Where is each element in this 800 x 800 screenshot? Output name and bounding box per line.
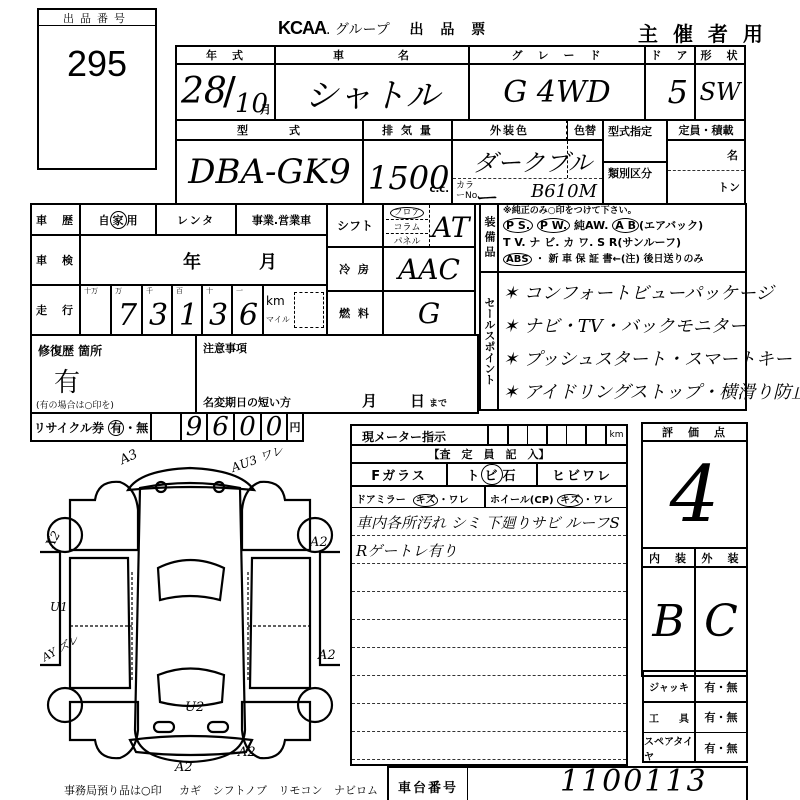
recycle-digit [151, 413, 181, 441]
year-value: 28 [181, 71, 227, 112]
month-unit: 月 [260, 101, 271, 117]
shift-value: AT [432, 211, 469, 244]
displacement-unit: c.c. [430, 184, 449, 195]
color-no-label: カラーNo. [456, 181, 480, 201]
equipment-label: 装備品 [480, 204, 498, 272]
glass-label: Fガラス [351, 463, 447, 486]
meter-digit-box[interactable] [508, 425, 528, 445]
notes-cell: 注意事項 名変期日の短い方 月 日 まで [196, 335, 478, 413]
inspection-label: 車 検 [31, 235, 80, 285]
repair-value: 有 [54, 362, 80, 399]
office-item-navi-rom[interactable]: ナビロム [334, 784, 378, 797]
history-option-private[interactable]: 自家用 [80, 204, 156, 235]
sales-points-label: セールスポイント [480, 272, 498, 410]
mileage-place-label: 一 [236, 286, 243, 296]
deadline-month-unit: 月 [362, 390, 377, 411]
mileage-digit-cell: 万7 [111, 285, 142, 335]
body-label: 形 状 [695, 46, 745, 64]
comment-text: 車内各所汚れ シミ 下廻りサビ ルーフS [356, 512, 620, 533]
repair-note: (有の場合は○印を) [36, 398, 114, 411]
shift-option-column[interactable]: コラム [386, 219, 428, 233]
grade-label: グ レ ー ド [469, 46, 645, 64]
mileage-digit: 3 [149, 298, 168, 333]
recycle-options[interactable]: 有・無 [108, 419, 148, 436]
sales-point-item: ✶ ナビ・TV・バックモニター [503, 310, 741, 343]
accessory-label: ジャッキ [643, 671, 695, 702]
title-suffix: . グループ [326, 22, 390, 38]
recycle-unit: 円 [287, 413, 303, 441]
mark-left-side: U1 [50, 600, 68, 614]
name-label: 車 名 [275, 46, 469, 64]
shift-cell: フロア コラム パネル AT [383, 204, 475, 247]
meter-digit-box[interactable] [586, 425, 606, 445]
wheel-cell[interactable]: ホイール(CP) キズ・ワレ [485, 486, 627, 508]
comment-line[interactable] [352, 676, 626, 704]
mileage-label: 走 行 [31, 285, 80, 335]
shift-label: シフト [327, 204, 383, 247]
mark-hood: U2 [185, 700, 204, 715]
year-slash: / [223, 69, 236, 113]
inspector-section-label: 【査 定 員 記 入】 [351, 445, 627, 463]
sales-point-item: ✶ プッシュスタート・スマートキー [503, 343, 741, 376]
meter-label: 現メーター指示 [351, 425, 488, 445]
shift-option-panel[interactable]: パネル [386, 233, 428, 247]
comment-line[interactable]: Rゲートレ有り [352, 536, 626, 564]
inspection-cell: 年 月 [80, 235, 327, 285]
glass-options[interactable]: ト ビ 石 [447, 463, 537, 486]
comment-line[interactable] [352, 648, 626, 676]
color-change-divider [567, 141, 568, 178]
sheet-title-text: 出 品 票 [410, 22, 492, 38]
accessory-label: スペアタイヤ [643, 732, 695, 763]
equipment-line-3[interactable]: ABS ・ 新 車 保 証 書←(注) 後日送りのみ [503, 251, 741, 268]
glass-crack[interactable]: ヒビワレ [537, 463, 627, 486]
history-option-rental[interactable]: レンタ [156, 204, 236, 235]
brand-logo: KCAA [278, 18, 326, 38]
sales-point-item: ✶ コンフォートビューパッケージ [503, 277, 741, 310]
doors-value: 5 [645, 64, 695, 120]
mileage-digit-cell: 十万 [80, 285, 111, 335]
history-label: 車 歴 [31, 204, 80, 235]
color-change-label: 色替 [567, 120, 603, 140]
capacity-persons-unit: 名 [727, 147, 740, 163]
office-label: 事務局預り品は○印 [64, 784, 162, 797]
chassis-value: 1100113 [560, 764, 708, 799]
mileage-digit-cell: 一6 [232, 285, 263, 335]
mark-front-right: A2 [238, 745, 256, 760]
office-items: 事務局預り品は○印 カギ シフトノブ リモコン ナビロム [64, 782, 378, 798]
chassis-label: 車台番号 [388, 767, 468, 800]
office-item-remote[interactable]: リモコン [278, 784, 322, 797]
deadline-day-unit: 日 [410, 390, 425, 411]
rating-score: 4 [642, 441, 747, 548]
grade-value: G 4WD [469, 64, 645, 120]
mark-right-front: A2 [318, 648, 336, 663]
recycle-digit: 0 [261, 413, 287, 441]
sheet-title: KCAA. グループ 出 品 票 [278, 18, 491, 39]
mileage-place-label: 万 [115, 286, 122, 296]
displacement-label: 排 気 量 [363, 120, 452, 140]
model-value: DBA-GK9 [176, 140, 363, 204]
mileage-digit-cell: 千3 [142, 285, 172, 335]
mileage-digit-cell: 百1 [172, 285, 202, 335]
body-value: SW [695, 64, 745, 120]
capacity-cell: 名 トン [667, 140, 745, 204]
equipment-line-1[interactable]: P S. P W. 純AW. A B(エアバック) [503, 217, 741, 234]
rating-label: 評 価 点 [642, 423, 747, 441]
mileage-unit-mile: マイル [266, 314, 290, 325]
sales-point-item: ✶ アイドリングストップ・横滑り防止 [503, 376, 741, 409]
model-label: 型 式 [176, 120, 363, 140]
lot-number: 295 [39, 34, 155, 94]
mileage-digit-cell: 十3 [202, 285, 232, 335]
car-damage-diagram [40, 440, 340, 780]
sales-points-list: ✶ コンフォートビューパッケージ✶ ナビ・TV・バックモニター✶ プッシュスター… [503, 277, 741, 409]
capacity-divider [668, 170, 744, 171]
interior-label: 内 装 [642, 548, 695, 567]
color-label: 外装色 [452, 120, 567, 140]
accessory-label: 工 具 [643, 702, 695, 733]
comment-line[interactable] [352, 620, 626, 648]
office-item-key[interactable]: カギ [179, 784, 201, 797]
capacity-label: 定員・積載 [667, 120, 745, 140]
lot-number-box: 出品番号 295 [37, 8, 157, 170]
recycle-label-cell: リサイクル券 有・無 [31, 413, 151, 441]
meter-digit-box[interactable] [547, 425, 567, 445]
fuel-value: G [383, 291, 475, 335]
meter-digit-box[interactable] [566, 425, 586, 445]
deadline-label: 名変期日の短い方 [203, 394, 291, 410]
accessory-value[interactable]: 有・無 [695, 702, 747, 733]
ac-value: AAC [383, 247, 475, 291]
meter-digit-box[interactable] [488, 425, 508, 445]
mile-checkbox[interactable] [294, 292, 324, 328]
doors-label: ド ア [645, 46, 695, 64]
comment-line[interactable] [352, 704, 626, 732]
recycle-digit: 9 [181, 413, 207, 441]
mileage-digit: 7 [118, 298, 137, 333]
recycle-digit: 0 [234, 413, 261, 441]
color-no-value: B610M [531, 181, 597, 202]
mileage-digit: 3 [209, 298, 228, 333]
meter-unit: km [606, 425, 627, 445]
mileage-place-label: 十万 [84, 286, 98, 296]
accessory-value[interactable]: 有・無 [695, 671, 747, 702]
exterior-label: 外 装 [695, 548, 747, 567]
color-cell: ダークブルー カラーNo. B610M [452, 140, 603, 204]
recycle-label: リサイクル券 [34, 419, 104, 436]
equipment-cell: ※純正のみ○印をつけて下さい。 P S. P W. 純AW. A B(エアバック… [498, 204, 746, 272]
copy-label: 主 催 者 用 [638, 18, 767, 47]
sales-points-cell: ✶ コンフォートビューパッケージ✶ ナビ・TV・バックモニター✶ プッシュスター… [498, 272, 746, 410]
mileage-place-label: 十 [206, 286, 213, 296]
color-divider [453, 178, 602, 179]
lot-number-label: 出品番号 [39, 10, 155, 26]
repair-cell: 修復歴 箇所 有 (有の場合は○印を) [31, 335, 196, 413]
equipment-line-2[interactable]: T V. ナ ビ. カ ワ. S R(サンルーフ) [503, 234, 741, 251]
year-label: 年 式 [176, 46, 275, 64]
mileage-digit: 6 [239, 298, 258, 333]
fuel-label: 燃 料 [327, 291, 383, 335]
mark-front-bumper: A2 [175, 760, 193, 775]
exterior-value: C [695, 567, 747, 676]
comment-line[interactable] [352, 732, 626, 760]
comment-line[interactable]: 車内各所汚れ シミ 下廻りサビ ルーフS [352, 508, 626, 536]
meter-digit-box[interactable] [527, 425, 547, 445]
capacity-tons-unit: トン [718, 179, 740, 195]
comment-line[interactable] [352, 592, 626, 620]
mirror-cell[interactable]: ドアミラー キズ・ワレ [351, 486, 485, 508]
deadline-until: まで [429, 396, 447, 409]
mileage-place-label: 千 [146, 286, 153, 296]
comment-line[interactable] [352, 564, 626, 592]
ac-label: 冷 房 [327, 247, 383, 291]
type-designation-label: 型式指定 [603, 120, 667, 162]
displacement-cell: 1500 c.c. [363, 140, 452, 204]
equipment-note: ※純正のみ○印をつけて下さい。 [503, 206, 741, 217]
shift-option-floor[interactable]: フロア [386, 205, 428, 218]
year-cell: 28 / 10 月 [176, 64, 275, 120]
mileage-unit-cell: km マイル [263, 285, 327, 335]
recycle-digit: 6 [207, 413, 234, 441]
office-item-shift-knob[interactable]: シフトノブ [213, 784, 267, 797]
accessory-value[interactable]: 有・無 [695, 732, 747, 763]
inspection-month-unit: 月 [259, 248, 277, 274]
mileage-unit-km: km [266, 294, 285, 308]
repair-label: 修復歴 箇所 [38, 342, 102, 359]
shift-divider [429, 205, 430, 247]
inspection-year-unit: 年 [183, 248, 201, 274]
mark-right-rear-door: A2 [310, 535, 328, 550]
mileage-place-label: 百 [176, 286, 183, 296]
car-name-value: シャトル [275, 64, 469, 120]
category-label: 類別区分 [603, 162, 667, 204]
notes-label: 注意事項 [203, 340, 247, 356]
comment-text: Rゲートレ有り [356, 540, 457, 561]
interior-value: B [642, 567, 695, 676]
mileage-digit: 1 [179, 298, 198, 333]
history-option-business[interactable]: 事業.営業車 [236, 204, 327, 235]
